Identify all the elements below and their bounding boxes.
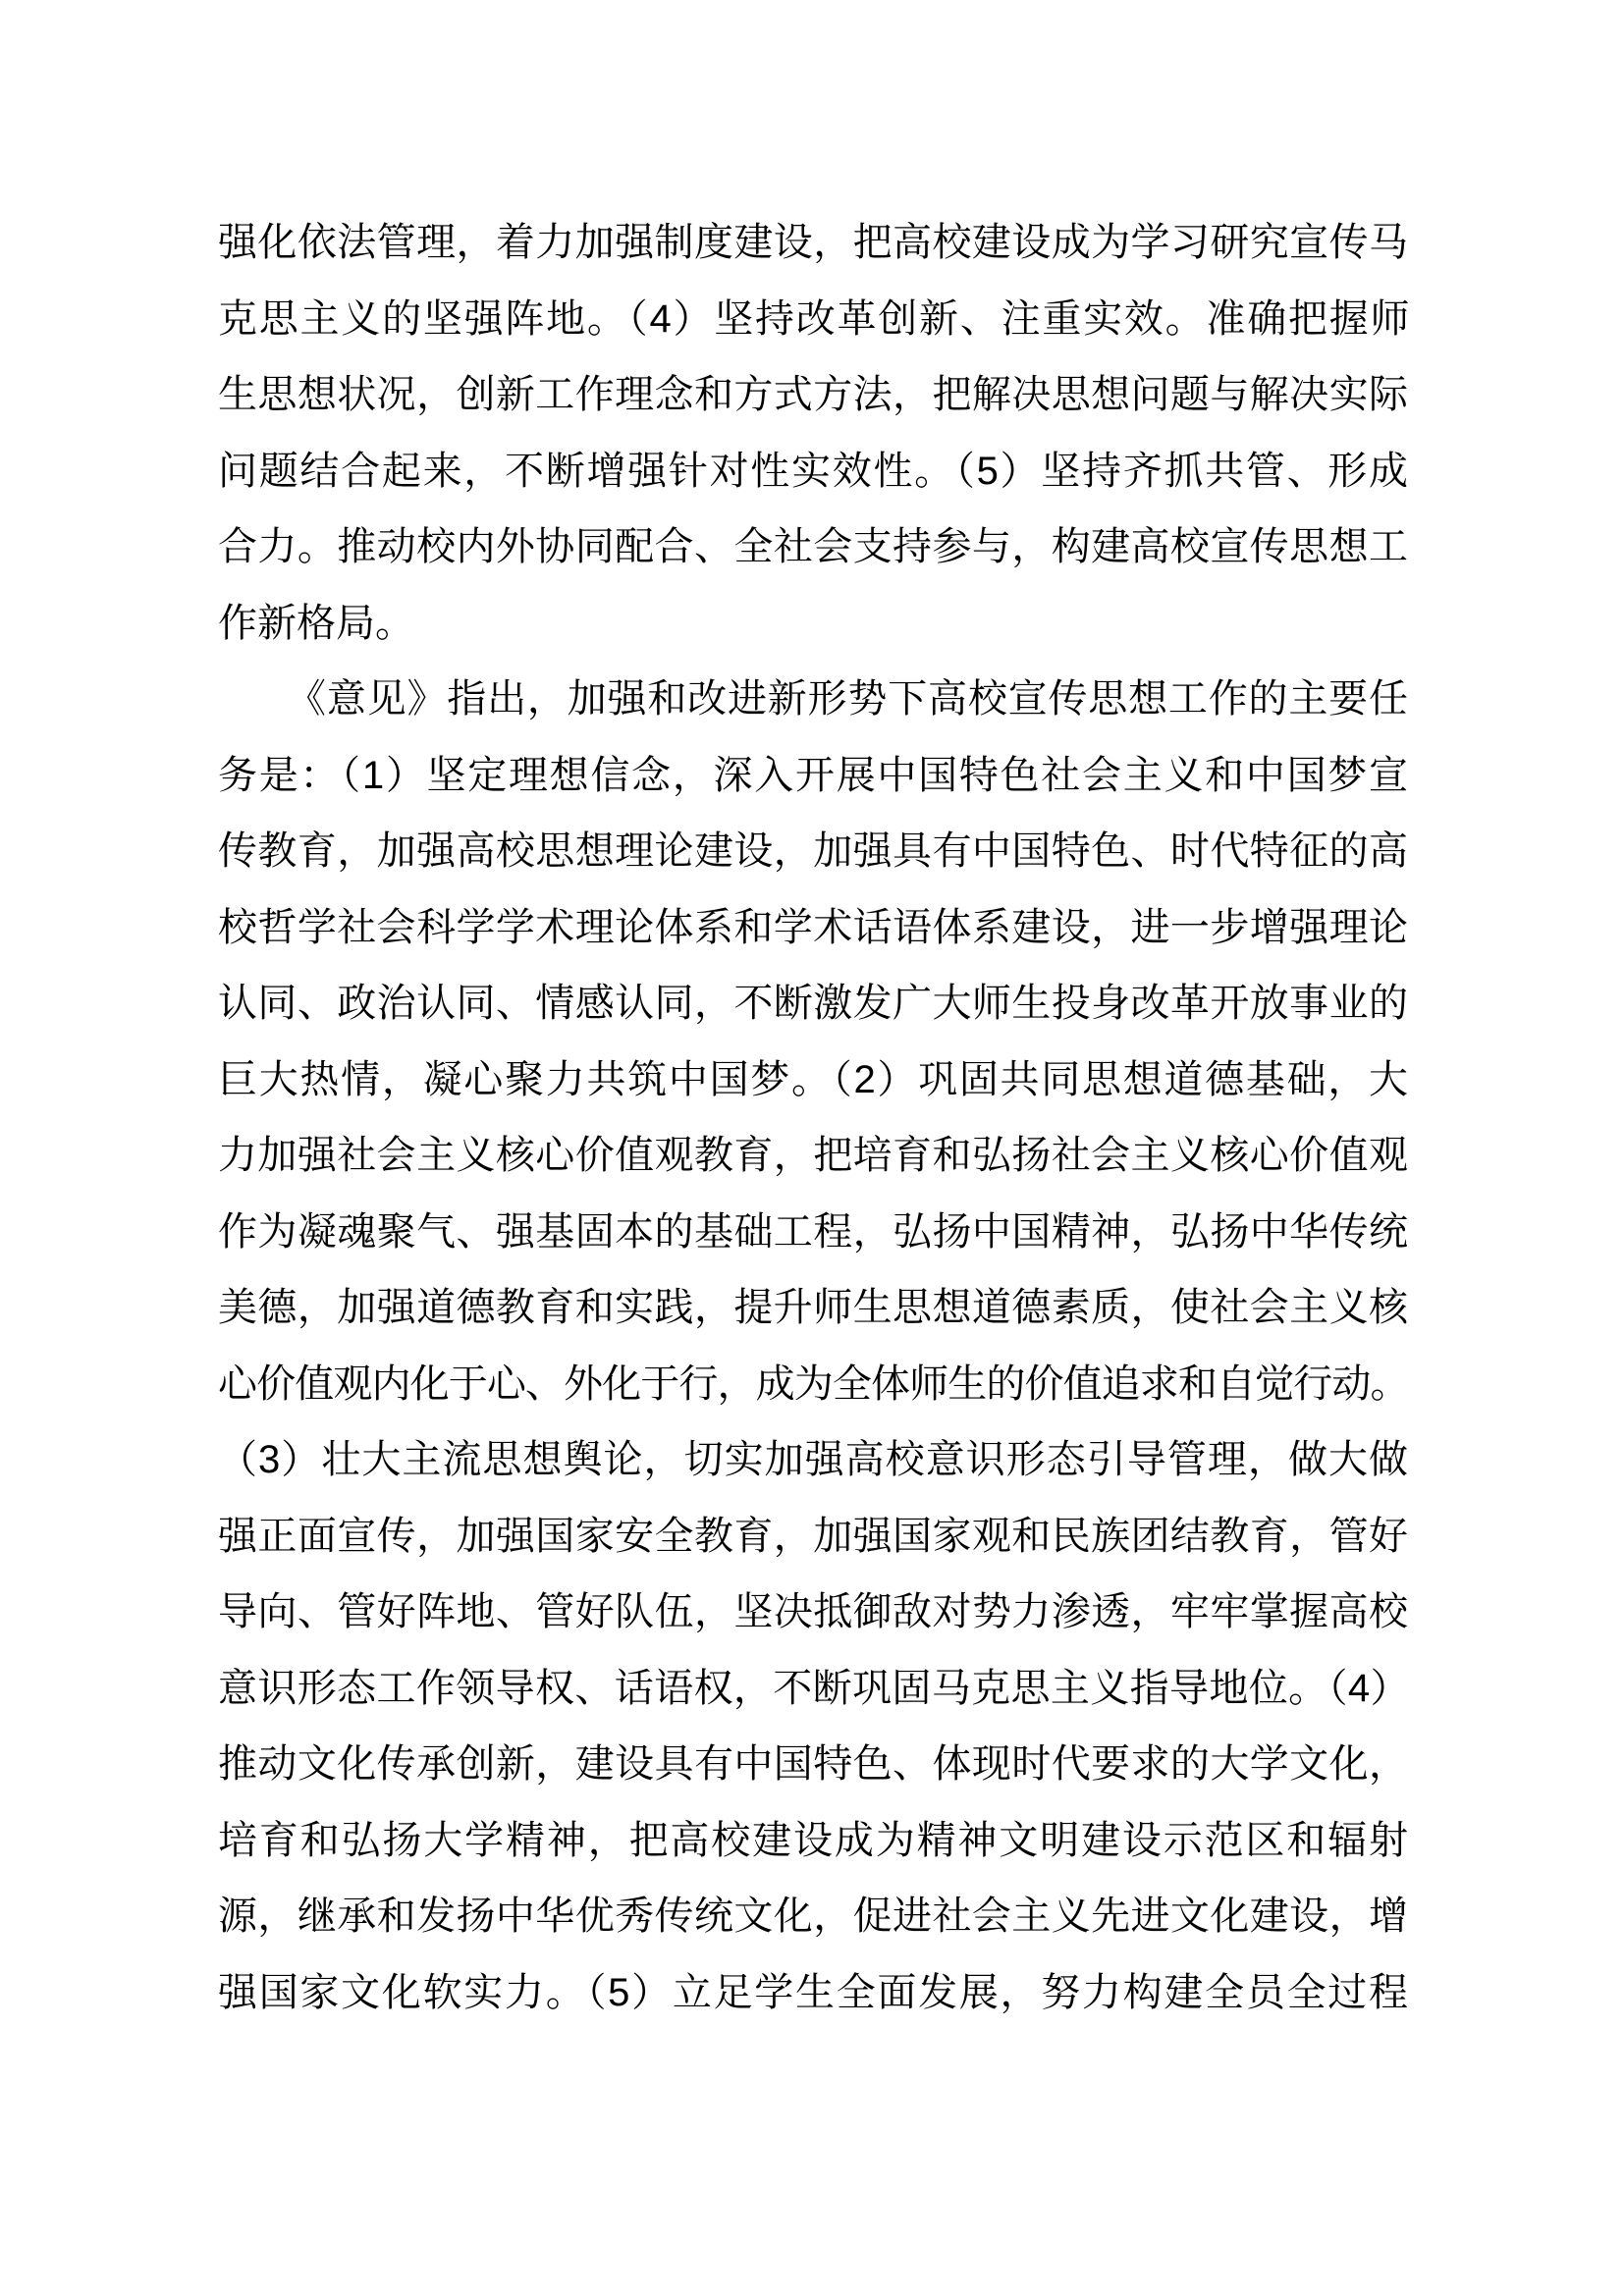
text-line: 《意见》指出，加强和改进新形势下高校宣传思想工作的主要任	[218, 662, 1408, 738]
text-line: 合力。推动校内外协同配合、全社会支持参与，构建高校宣传思想工	[218, 509, 1408, 586]
text-line: 生思想状况，创新工作理念和方式方法，把解决思想问题与解决实际	[218, 357, 1408, 434]
text-line: 培育和弘扬大学精神，把高校建设成为精神文明建设示范区和辐射	[218, 1803, 1408, 1880]
text-line: 传教育，加强高校思想理论建设，加强具有中国特色、时代特征的高	[218, 814, 1408, 890]
text-line: 美德，加强道德教育和实践，提升师生思想道德素质，使社会主义核	[218, 1270, 1408, 1347]
text-line: 强国家文化软实力。（5）立足学生全面发展，努力构建全员全过程	[218, 1955, 1408, 2032]
text-line: 强化依法管理，着力加强制度建设，把高校建设成为学习研究宣传马	[218, 205, 1408, 282]
text-line: 校哲学社会科学学术理论体系和学术话语体系建设，进一步增强理论	[218, 890, 1408, 967]
text-line: 问题结合起来，不断增强针对性实效性。（5）坚持齐抓共管、形成	[218, 434, 1408, 510]
text-line: 克思主义的坚强阵地。（4）坚持改革创新、注重实效。准确把握师	[218, 282, 1408, 358]
text-line: 心价值观内化于心、外化于行，成为全体师生的价值追求和自觉行动。	[218, 1347, 1408, 1423]
document-page: 强化依法管理，着力加强制度建设，把高校建设成为学习研究宣传马 克思主义的坚强阵地…	[0, 0, 1624, 2296]
text-line: 务是：（1）坚定理想信念，深入开展中国特色社会主义和中国梦宣	[218, 738, 1408, 815]
text-line: 源，继承和发扬中华优秀传统文化，促进社会主义先进文化建设，增	[218, 1879, 1408, 1955]
text-line: 意识形态工作领导权、话语权，不断巩固马克思主义指导地位。（4）	[218, 1651, 1408, 1728]
text-line: 导向、管好阵地、管好队伍，坚决抵御敌对势力渗透，牢牢掌握高校	[218, 1575, 1408, 1651]
text-line: （3）壮大主流思想舆论，切实加强高校意识形态引导管理，做大做	[218, 1422, 1408, 1499]
text-line: 推动文化传承创新，建设具有中国特色、体现时代要求的大学文化，	[218, 1727, 1408, 1803]
text-line: 力加强社会主义核心价值观教育，把培育和弘扬社会主义核心价值观	[218, 1118, 1408, 1195]
text-line: 认同、政治认同、情感认同，不断激发广大师生投身改革开放事业的	[218, 966, 1408, 1042]
text-line: 作为凝魂聚气、强基固本的基础工程，弘扬中国精神，弘扬中华传统	[218, 1195, 1408, 1271]
text-column: 强化依法管理，着力加强制度建设，把高校建设成为学习研究宣传马 克思主义的坚强阵地…	[218, 205, 1408, 2031]
text-line: 巨大热情，凝心聚力共筑中国梦。（2）巩固共同思想道德基础，大	[218, 1042, 1408, 1119]
text-line: 强正面宣传，加强国家安全教育，加强国家观和民族团结教育，管好	[218, 1499, 1408, 1575]
text-line: 作新格局。	[218, 586, 1408, 663]
